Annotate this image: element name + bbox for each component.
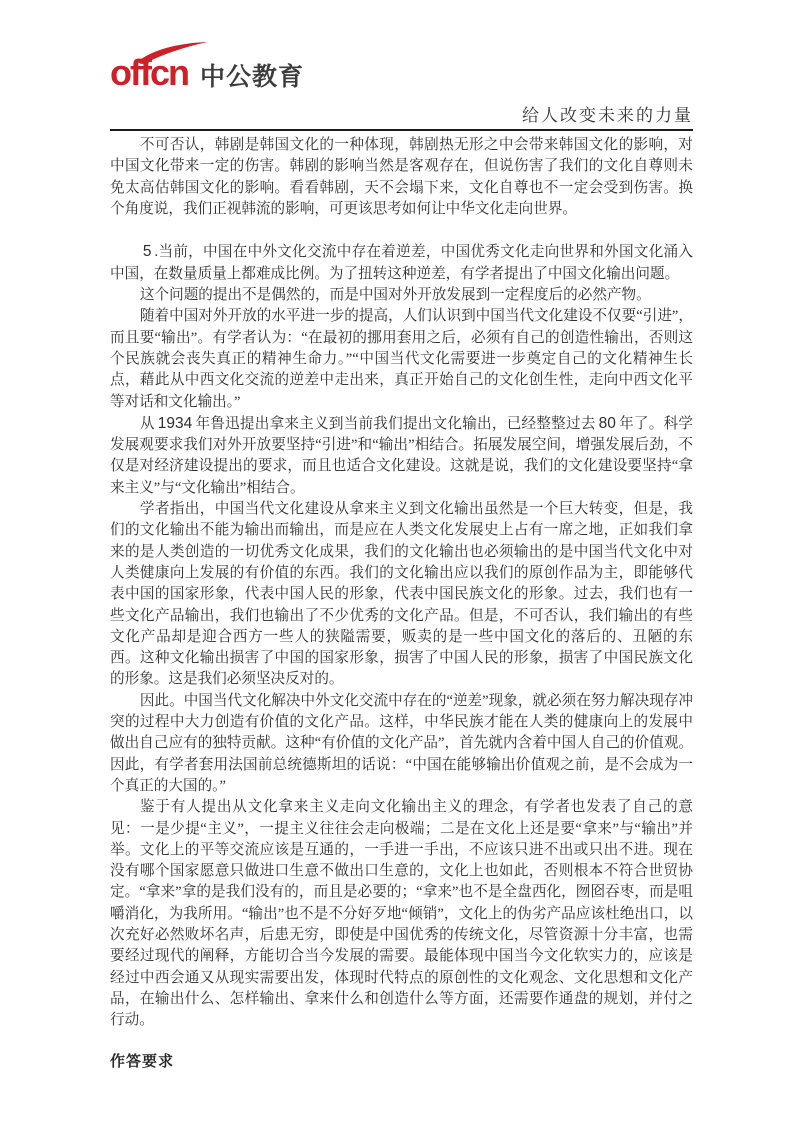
brand-tagline: 给人改变未来的力量 bbox=[110, 106, 693, 126]
latin-number: 80 bbox=[599, 415, 616, 432]
document-page: offcn 中公教育 给人改变未来的力量 不可否认，韩剧是韩国文化的一种体现，韩… bbox=[0, 0, 793, 1122]
paragraph: 不可否认，韩剧是韩国文化的一种体现，韩剧热无形之中会带来韩国文化的影响，对中国文… bbox=[110, 135, 693, 220]
paragraph: 学者指出，中国当代文化建设从拿来主义到文化输出虽然是一个巨大转变，但是，我们的文… bbox=[110, 499, 693, 691]
latin-number: 1934 bbox=[158, 415, 192, 432]
paragraph: 因此。中国当代文化解决中外文化交流中存在的“逆差”现象，就必须在努力解决现存冲突… bbox=[110, 691, 693, 797]
section-heading: 作答要求 bbox=[110, 1052, 693, 1073]
paragraph: 这个问题的提出不是偶然的，而是中国对外开放发展到一定程度后的必然产物。 bbox=[110, 285, 693, 306]
paragraph: 鉴于有人提出从文化拿来主义走向文化输出主义的理念，有学者也发表了自己的意见：一是… bbox=[110, 797, 693, 1031]
blank-line bbox=[110, 220, 693, 241]
logo-cn-text: 中公教育 bbox=[200, 65, 304, 90]
paragraph: 随着中国对外开放的水平进一步的提高，人们认识到中国当代文化建设不仅要“引进”，而… bbox=[110, 306, 693, 412]
document-body: 不可否认，韩剧是韩国文化的一种体现，韩剧热无形之中会带来韩国文化的影响，对中国文… bbox=[110, 135, 693, 1031]
offcn-logo: offcn 中公教育 bbox=[110, 55, 693, 99]
header-divider bbox=[110, 129, 693, 131]
logo-latin-text: offcn bbox=[110, 52, 188, 93]
paragraph: 从1934年鲁迅提出拿来主义到当前我们提出文化输出，已经整整过去80年了。科学发… bbox=[110, 413, 693, 499]
latin-number: 5 bbox=[143, 243, 152, 260]
offcn-wordmark: offcn bbox=[110, 55, 188, 91]
paragraph: 5.当前，中国在中外文化交流中存在着逆差，中国优秀文化走向世界和外国文化涌入中国… bbox=[110, 241, 693, 285]
